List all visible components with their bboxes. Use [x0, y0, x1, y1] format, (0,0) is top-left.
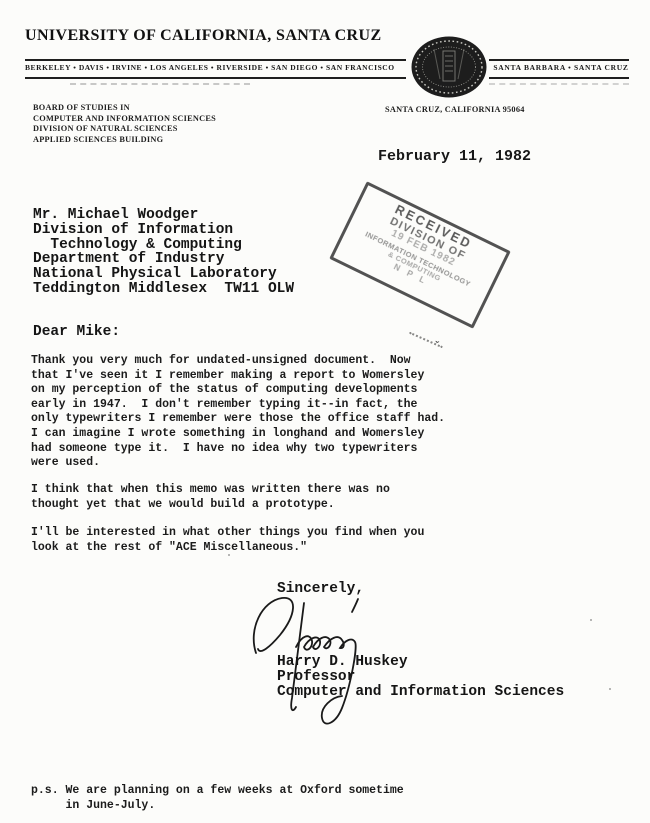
recipient-address: Mr. Michael Woodger Division of Informat… — [33, 208, 294, 297]
letter-date: February 11, 1982 — [378, 148, 531, 165]
received-stamp: RECEIVED DIVISION OF 19 FEB 1982 INFORMA… — [329, 181, 511, 328]
scan-ghost-rule — [489, 83, 629, 85]
rule-top-left — [25, 59, 406, 61]
postscript: p.s. We are planning on a few weeks at O… — [31, 784, 404, 813]
department-block: BOARD OF STUDIES IN COMPUTER AND INFORMA… — [33, 103, 216, 145]
campus-list-right: SANTA BARBARA • SANTA CRUZ — [492, 63, 630, 72]
campus-list-left: BERKELEY • DAVIS • IRVINE • LOS ANGELES … — [25, 63, 395, 72]
rule-bottom-right — [489, 77, 629, 79]
rule-top-right — [489, 59, 629, 61]
body-paragraph-2: I think that when this memo was written … — [31, 483, 390, 512]
letter-page: UNIVERSITY OF CALIFORNIA, SANTA CRUZ BER… — [0, 0, 650, 823]
rule-bottom-left — [25, 77, 406, 79]
scan-ghost-rule — [70, 83, 250, 85]
body-paragraph-1: Thank you very much for undated-unsigned… — [31, 354, 445, 471]
scan-artifact-mark: ˇ — [432, 341, 441, 354]
salutation: Dear Mike: — [33, 325, 120, 340]
scan-speck — [609, 688, 611, 690]
letterhead-location: SANTA CRUZ, CALIFORNIA 95064 — [385, 105, 525, 114]
body-paragraph-3: I'll be interested in what other things … — [31, 526, 424, 555]
letterhead-title: UNIVERSITY OF CALIFORNIA, SANTA CRUZ — [25, 27, 382, 45]
uc-seal-icon — [410, 35, 488, 99]
signature-block: Harry D. Huskey Professor Computer and I… — [277, 655, 564, 699]
scan-speck — [590, 619, 592, 621]
scan-speck — [228, 554, 230, 556]
